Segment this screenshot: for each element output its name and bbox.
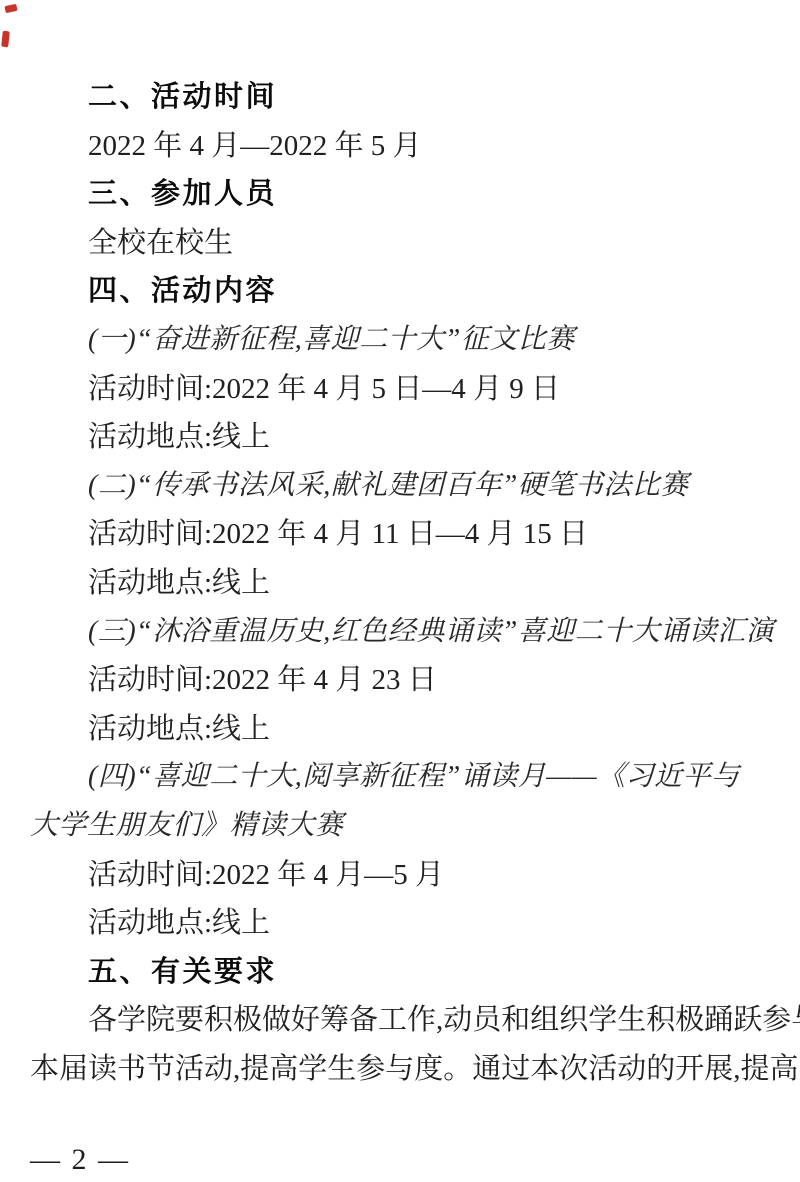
- document-line: (三)“沐浴重温历史,红色经典诵读”喜迎二十大诵读汇演: [30, 608, 770, 657]
- document-line: 活动地点:线上: [30, 559, 770, 608]
- document-line: 二、活动时间: [30, 73, 770, 122]
- document-line: (二)“传承书法风采,献礼建团百年”硬笔书法比赛: [30, 462, 770, 511]
- page-number: — 2 —: [30, 1142, 130, 1178]
- document-line: 活动时间:2022 年 4 月—5 月: [30, 851, 770, 900]
- document-line: 活动地点:线上: [30, 705, 770, 754]
- document-line: 活动时间:2022 年 4 月 23 日: [30, 656, 770, 705]
- document-line: 本届读书节活动,提高学生参与度。通过本次活动的开展,提高: [30, 1045, 770, 1094]
- document-line: 大学生朋友们》精读大赛: [30, 802, 770, 851]
- document-line: 活动地点:线上: [30, 899, 770, 948]
- document-line: (一)“奋进新征程,喜迎二十大”征文比赛: [30, 316, 770, 365]
- document-line: 活动时间:2022 年 4 月 5 日—4 月 9 日: [30, 365, 770, 414]
- document-body: 二、活动时间2022 年 4 月—2022 年 5 月三、参加人员全校在校生四、…: [30, 73, 770, 1093]
- document-page: 二、活动时间2022 年 4 月—2022 年 5 月三、参加人员全校在校生四、…: [0, 0, 800, 1093]
- document-line: 三、参加人员: [30, 170, 770, 219]
- document-line: 活动时间:2022 年 4 月 11 日—4 月 15 日: [30, 510, 770, 559]
- document-line: 活动地点:线上: [30, 413, 770, 462]
- document-line: 各学院要积极做好筹备工作,动员和组织学生积极踊跃参与: [30, 996, 770, 1045]
- document-line: 全校在校生: [30, 219, 770, 268]
- document-line: 五、有关要求: [30, 948, 770, 997]
- document-line: (四)“喜迎二十大,阅享新征程”诵读月——《习近平与: [30, 753, 770, 802]
- document-line: 四、活动内容: [30, 267, 770, 316]
- document-line: 2022 年 4 月—2022 年 5 月: [30, 122, 770, 171]
